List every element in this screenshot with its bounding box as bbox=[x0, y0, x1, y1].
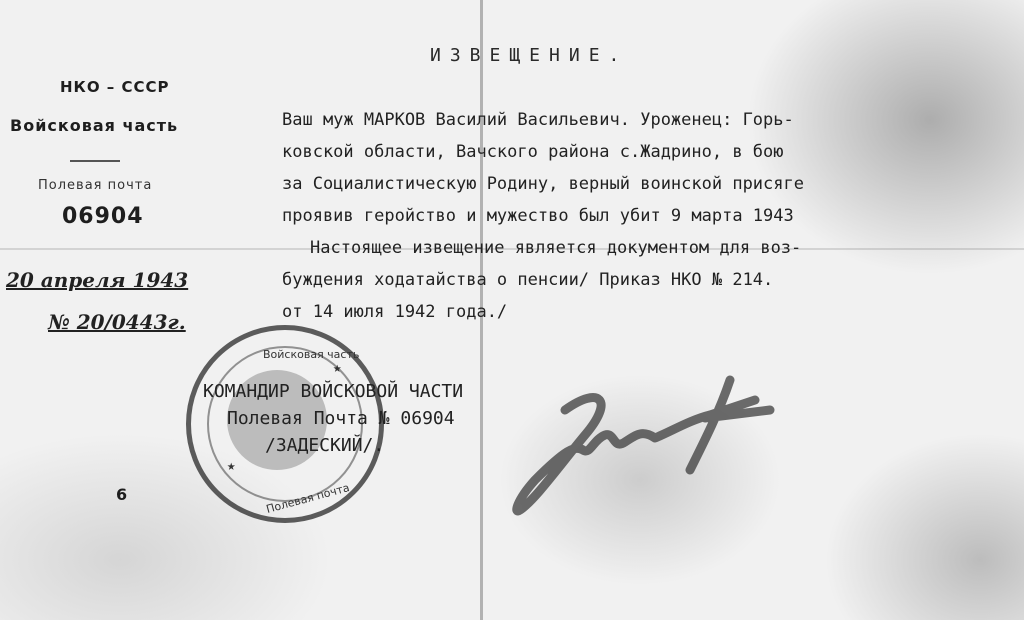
star-icon: ★ bbox=[333, 360, 341, 376]
seal-top-text: Войсковая часть bbox=[263, 348, 359, 361]
body-line: от 14 июля 1942 года./ bbox=[282, 296, 1022, 328]
stamp-unit: Войсковая часть bbox=[10, 116, 178, 135]
star-icon: ★ bbox=[227, 458, 235, 474]
body-line: ковской области, Вачского района с.Жадри… bbox=[282, 136, 1022, 168]
document-title: ИЗВЕЩЕНИЕ. bbox=[430, 45, 628, 66]
body-line: Настоящее извещение является документом … bbox=[282, 232, 1022, 264]
document-body: Ваш муж МАРКОВ Василий Васильевич. Уроже… bbox=[282, 104, 1022, 328]
stamp-post-label: Полевая почта bbox=[38, 178, 152, 193]
handwritten-signature bbox=[505, 370, 785, 520]
body-line: проявив геройство и мужество был убит 9 … bbox=[282, 200, 1022, 232]
stamp-post-number: 06904 bbox=[62, 204, 144, 229]
commander-title: КОМАНДИР ВОЙСКОВОЙ ЧАСТИ bbox=[203, 378, 463, 405]
handwritten-date: 20 апреля 1943 bbox=[6, 268, 188, 292]
stamp-divider bbox=[70, 160, 120, 162]
handwritten-ref-number: № 20/0443г. bbox=[48, 310, 186, 334]
stamp-org: НКО – СССР bbox=[60, 78, 170, 96]
signature-block: КОМАНДИР ВОЙСКОВОЙ ЧАСТИ Полевая Почта №… bbox=[203, 378, 463, 459]
commander-name: /ЗАДЕСКИЙ/. bbox=[203, 432, 463, 459]
body-line: буждения ходатайства о пенсии/ Приказ НК… bbox=[282, 264, 1022, 296]
page-mark: 6 bbox=[116, 485, 127, 504]
body-line: за Социалистическую Родину, верный воинс… bbox=[282, 168, 1022, 200]
body-line: Ваш муж МАРКОВ Василий Васильевич. Уроже… bbox=[282, 104, 1022, 136]
commander-post: Полевая Почта № 06904 bbox=[203, 405, 463, 432]
